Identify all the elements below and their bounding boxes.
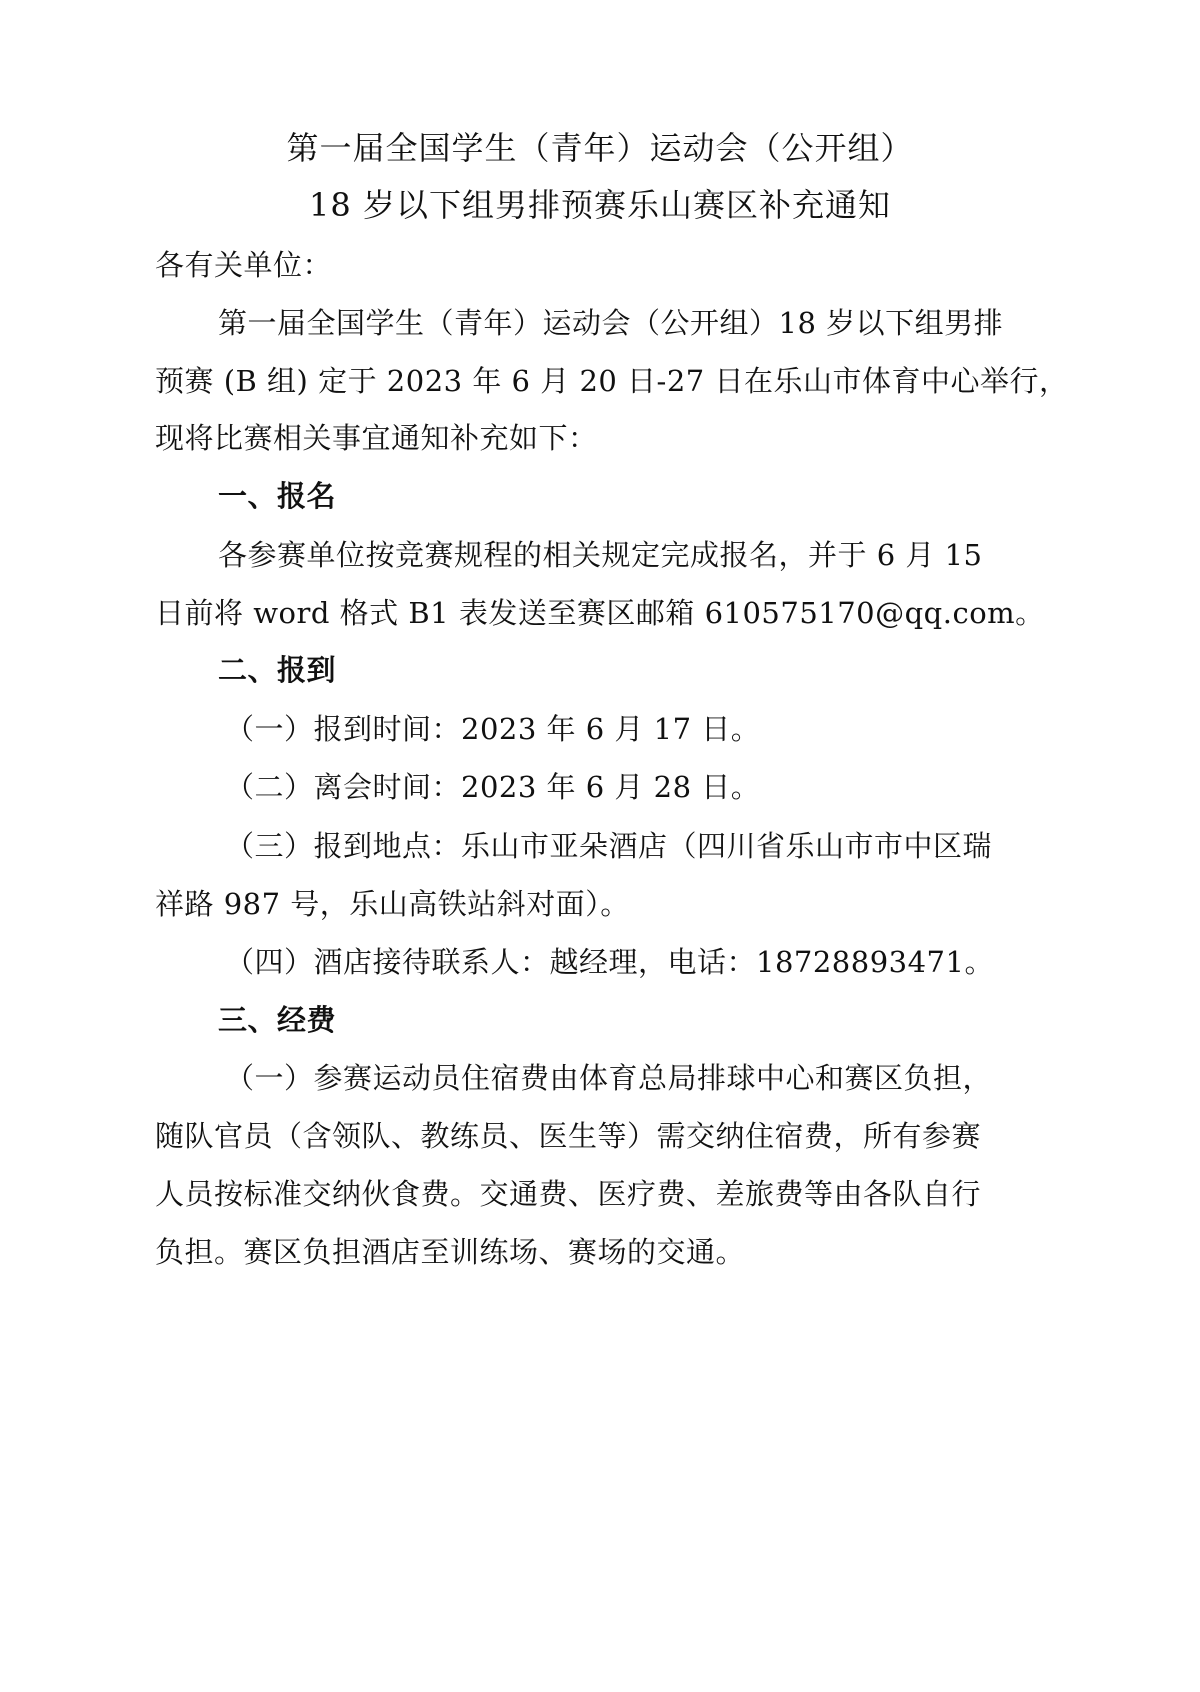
hotel-contact: （四）酒店接待联系人：越经理，电话：18728893471。: [225, 942, 994, 982]
registration-line-1: 各参赛单位按竞赛规程的相关规定完成报名，并于 6 月 15: [218, 535, 983, 575]
document-page: 第一届全国学生（青年）运动会（公开组） 18 岁以下组男排预赛乐山赛区补充通知 …: [0, 0, 1200, 1692]
check-in-location-line-1: （三）报到地点：乐山市亚朵酒店（四川省乐山市市中区瑞: [225, 826, 992, 866]
intro-line-3: 现将比赛相关事宜通知补充如下：: [155, 418, 598, 458]
departure-time: （二）离会时间：2023 年 6 月 28 日。: [225, 767, 760, 807]
section-heading-check-in: 二、报到: [218, 650, 336, 690]
registration-line-2: 日前将 word 格式 B1 表发送至赛区邮箱 610575170@qq.com…: [155, 593, 1045, 633]
intro-line-2: 预赛 (B 组) 定于 2023 年 6 月 20 日-27 日在乐山市体育中心…: [155, 361, 1068, 401]
check-in-time: （一）报到时间：2023 年 6 月 17 日。: [225, 709, 760, 749]
document-title-line2: 18 岁以下组男排预赛乐山赛区补充通知: [0, 185, 1200, 225]
expenses-line-1: （一）参赛运动员住宿费由体育总局排球中心和赛区负担，: [225, 1058, 992, 1098]
expenses-line-2: 随队官员（含领队、教练员、医生等）需交纳住宿费，所有参赛: [155, 1116, 981, 1156]
salutation: 各有关单位：: [155, 245, 332, 285]
section-heading-expenses: 三、经费: [218, 1000, 336, 1040]
section-heading-registration: 一、报名: [218, 476, 336, 516]
intro-line-1: 第一届全国学生（青年）运动会（公开组）18 岁以下组男排: [218, 303, 1003, 343]
check-in-location-line-2: 祥路 987 号，乐山高铁站斜对面）。: [155, 884, 630, 924]
expenses-line-3: 人员按标准交纳伙食费。交通费、医疗费、差旅费等由各队自行: [155, 1174, 981, 1214]
expenses-line-4: 负担。赛区负担酒店至训练场、赛场的交通。: [155, 1232, 745, 1272]
document-title-line1: 第一届全国学生（青年）运动会（公开组）: [0, 128, 1200, 168]
